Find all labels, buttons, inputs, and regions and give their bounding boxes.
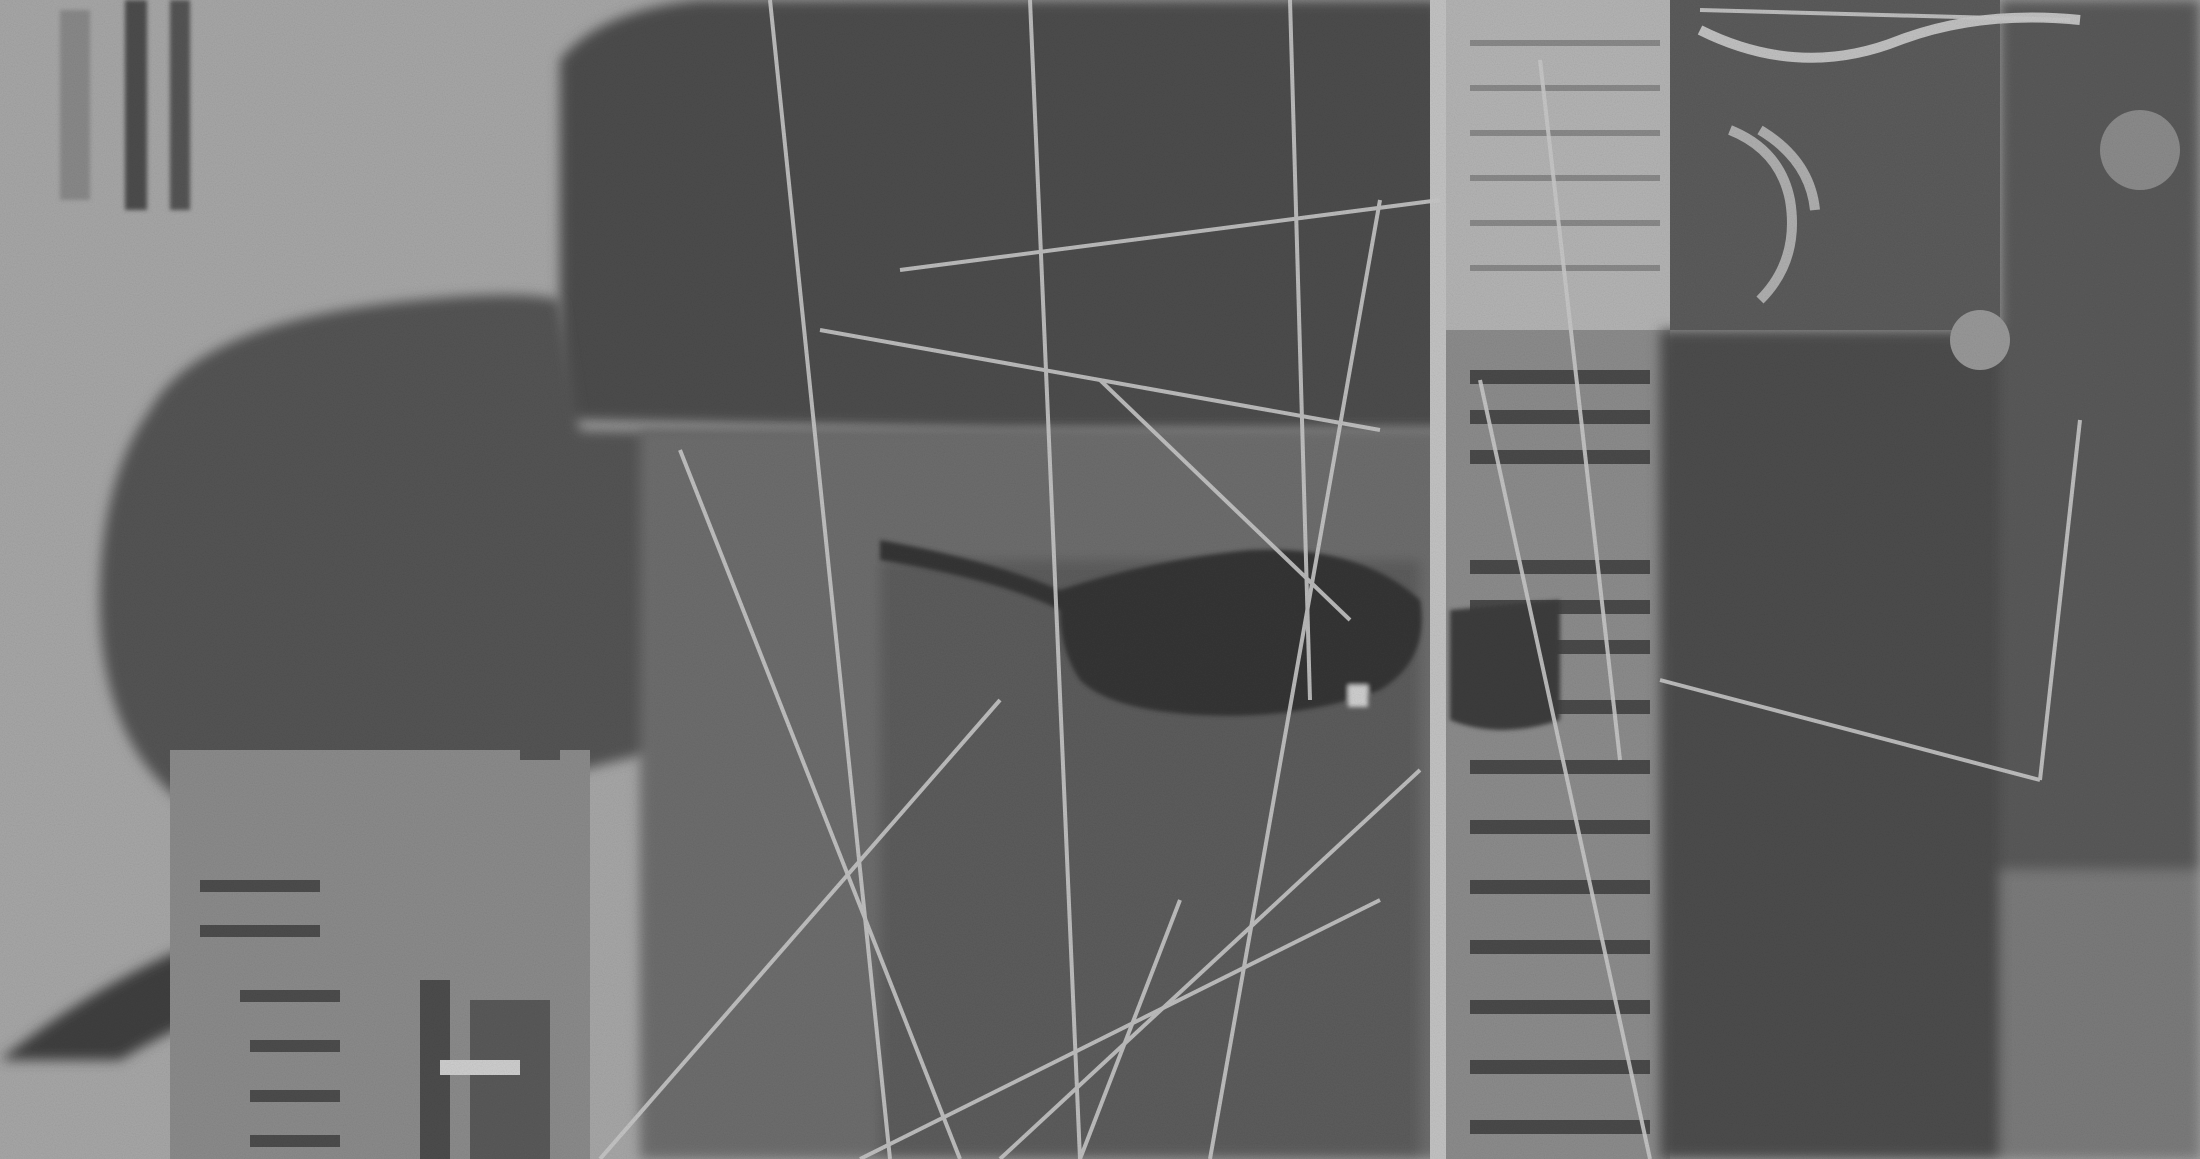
artwork-canvas xyxy=(0,0,2200,1159)
house-facade-right xyxy=(1430,0,1670,1159)
upper-left-wall xyxy=(60,0,190,210)
face-area xyxy=(640,430,1460,1159)
collage-artwork xyxy=(0,0,2200,1159)
